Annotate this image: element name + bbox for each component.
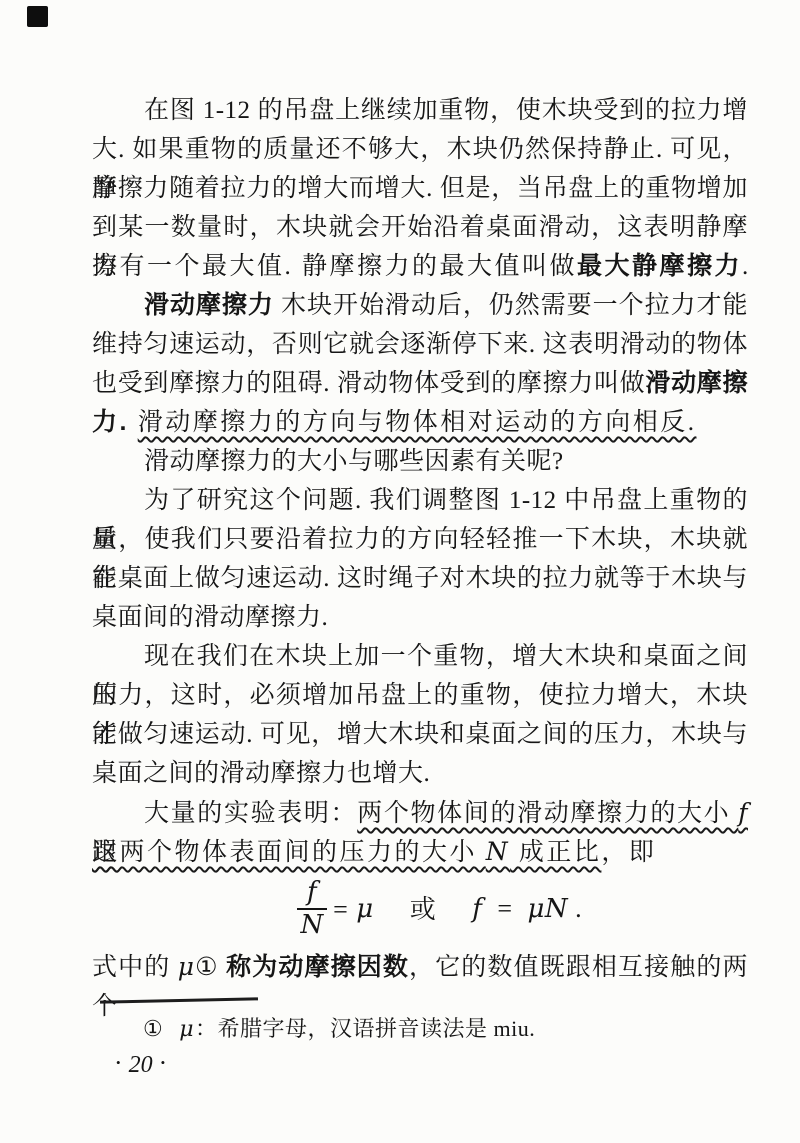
body-text: 也受到摩擦力的阻碍. 滑动物体受到的摩擦力叫做 (92, 370, 645, 397)
body-text: 木块开始滑动后，仍然需要一个拉力才能 (274, 292, 748, 319)
underlined-text: 滑动摩擦力的方向与物体相对运动的方向相反. (138, 409, 697, 436)
body-text: 能做匀速运动. 可见，增大木块和桌面之间的压力，木块与 (92, 721, 748, 748)
key-term: 称为动摩擦因数 (226, 953, 409, 981)
text-line: 大量的实验表明：两个物体间的滑动摩擦力的大小 f 跟 (92, 793, 748, 832)
paragraph-after-formula: 式中的 μ① 称为动摩擦因数，它的数值既跟相互接触的两个 (92, 947, 748, 986)
text-line: 力有一个最大值. 静摩擦力的最大值叫做最大静摩擦力. (92, 247, 748, 286)
rhs-muN: μN (528, 894, 569, 924)
underlined-text: f (738, 798, 748, 827)
page-number: •20• (116, 1052, 165, 1079)
text-line: 滑动摩擦力的大小与哪些因素有关呢? (92, 442, 748, 481)
paragraphs-before-formula: 在图 1-12 的吊盘上继续加重物，使木块受到的拉力增大. 如果重物的质量还不够… (92, 91, 748, 871)
body-text: ① (195, 954, 227, 981)
or-word: 或 (410, 890, 437, 929)
equals-sign: = (333, 890, 348, 929)
text-line: 也受到摩擦力的阻碍. 滑动物体受到的摩擦力叫做滑动摩擦 (92, 364, 748, 403)
text-line: 桌面之间的滑动摩擦力也增大. (92, 754, 748, 793)
footnote-mu-symbol: μ (179, 1017, 194, 1042)
body-text: 在桌面上做匀速运动. 这时绳子对木块的拉力就等于木块与 (92, 565, 748, 592)
text-line: 力. 滑动摩擦力的方向与物体相对运动的方向相反. (92, 403, 748, 442)
page-number-left-dot: • (116, 1055, 121, 1070)
key-term: 滑动摩擦力 (144, 291, 274, 319)
text-line: 在桌面上做匀速运动. 这时绳子对木块的拉力就等于木块与 (92, 559, 748, 598)
rhs-period: . (575, 894, 582, 923)
text-line: 量，使我们只要沿着拉力的方向轻轻推一下木块，木块就能 (92, 520, 748, 559)
footnote: ①μ：希腊字母，汉语拼音读法是 miu. (143, 1014, 535, 1045)
page-number-right-dot: • (161, 1055, 166, 1070)
scan-corner-mark-icon (27, 6, 48, 27)
main-text-block: 在图 1-12 的吊盘上继续加重物，使木块受到的拉力增大. 如果重物的质量还不够… (92, 91, 748, 986)
body-text: 式中的 (92, 954, 178, 981)
text-line: 到某一数量时，木块就会开始沿着桌面滑动，这表明静摩擦 (92, 208, 748, 247)
text-line: 大. 如果重物的质量还不够大，木块仍然保持静止. 可见，静 (92, 130, 748, 169)
footnote-separator-rule (100, 997, 258, 1003)
key-term: 力. (92, 408, 129, 436)
body-text: 摩擦力随着拉力的增大而增大. 但是，当吊盘上的重物增加 (92, 175, 748, 202)
underlined-text: N (486, 837, 510, 866)
body-text: ，即 (601, 839, 656, 866)
text-line: 为了研究这个问题. 我们调整图 1-12 中吊盘上重物的质 (92, 481, 748, 520)
underlined-text: 两个物体间的滑动摩擦力的大小 (357, 800, 738, 827)
text-line: 现在我们在木块上加一个重物，增大木块和桌面之间的 (92, 637, 748, 676)
formula-denominator: N (300, 910, 323, 940)
text-line: 压力，这时，必须增加吊盘上的重物，使拉力增大，木块才 (92, 676, 748, 715)
formula-numerator: f (297, 878, 327, 910)
page-number-value: 20 (129, 1052, 153, 1078)
text-line: 桌面间的滑动摩擦力. (92, 598, 748, 637)
formula-rhs: f = μN . (472, 889, 582, 929)
body-text: 维持匀速运动，否则它就会逐渐停下来. 这表明滑动的物体 (92, 331, 748, 358)
body-text: 滑动摩擦力的大小与哪些因素有关呢? (144, 448, 564, 475)
rhs-f: f (472, 894, 482, 924)
body-text: 桌面间的滑动摩擦力. (92, 604, 328, 631)
footnote-marker: ① (143, 1016, 163, 1041)
friction-formula: f N = μ 或 f = μN . (92, 871, 748, 947)
key-term: 最大静摩擦力 (577, 252, 742, 280)
body-text: μ (178, 952, 195, 981)
text-line: 这两个物体表面间的压力的大小 N 成正比，即 (92, 832, 748, 871)
underlined-text: 这两个物体表面间的压力的大小 (92, 839, 486, 866)
body-text: . (742, 253, 751, 280)
body-text: 大量的实验表明： (144, 800, 357, 827)
body-text: 力有一个最大值. 静摩擦力的最大值叫做 (92, 253, 577, 280)
text-line: 能做匀速运动. 可见，增大木块和桌面之间的压力，木块与 (92, 715, 748, 754)
fraction-f-over-N: f N (297, 878, 327, 939)
underlined-text: 成正比 (510, 839, 601, 866)
key-term: 滑动摩擦 (645, 369, 748, 397)
text-line: 在图 1-12 的吊盘上继续加重物，使木块受到的拉力增 (92, 91, 748, 130)
body-text: 在图 1-12 的吊盘上继续加重物，使木块受到的拉力增 (144, 97, 748, 124)
scanned-page: 在图 1-12 的吊盘上继续加重物，使木块受到的拉力增大. 如果重物的质量还不够… (0, 0, 800, 1143)
footnote-text: ：希腊字母，汉语拼音读法是 miu. (195, 1016, 535, 1041)
body-text: 桌面之间的滑动摩擦力也增大. (92, 760, 430, 787)
rhs-equals: = (497, 889, 512, 928)
text-line: 维持匀速运动，否则它就会逐渐停下来. 这表明滑动的物体 (92, 325, 748, 364)
text-line: 摩擦力随着拉力的增大而增大. 但是，当吊盘上的重物增加 (92, 169, 748, 208)
mu-symbol: μ (356, 890, 373, 929)
text-line: 式中的 μ① 称为动摩擦因数，它的数值既跟相互接触的两个 (92, 947, 748, 986)
body-text (129, 409, 138, 436)
text-line: 滑动摩擦力 木块开始滑动后，仍然需要一个拉力才能 (92, 286, 748, 325)
